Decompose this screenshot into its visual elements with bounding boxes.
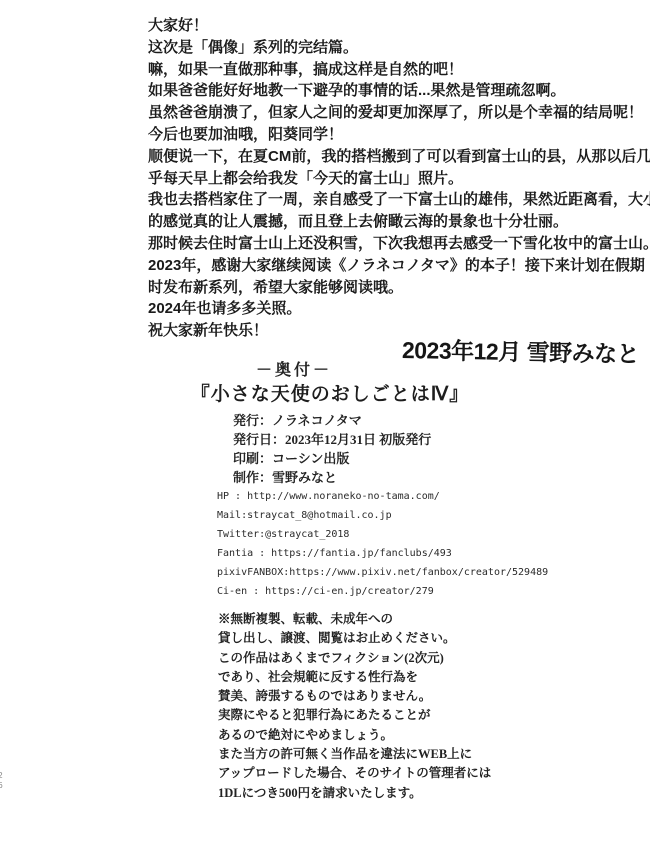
disclaimer-line: ※無断複製、転載、未成年への: [218, 610, 491, 629]
afterword-line: 那时候去住时富士山上还没积雪，下次我想再去感受一下雪化妆中的富士山。: [148, 233, 648, 255]
contact-line: HP : http://www.noraneko-no-tama.com/: [217, 487, 548, 506]
afterword-line: 我也去搭档家住了一周，亲自感受了一下富士山的雄伟，果然近距离看，大小: [148, 189, 648, 211]
author-date-signature: 2023年12月 雪野みなと: [402, 332, 640, 369]
colophon-header: －奥付－: [214, 357, 374, 380]
disclaimer-line: 賛美、誇張するものではありません。: [218, 687, 491, 706]
afterword-line: 这次是「偶像」系列的完结篇。: [148, 37, 648, 59]
afterword-text-block: 大家好！这次是「偶像」系列的完结篇。嘛，如果一直做那种事，搞成这样是自然的吧！如…: [148, 15, 648, 342]
contact-links-block: HP : http://www.noraneko-no-tama.com/Mai…: [217, 487, 548, 601]
page-number: 26: [0, 771, 5, 790]
afterword-line: 时发布新系列，希望大家能够阅读哦。: [148, 277, 648, 299]
disclaimer-block: ※無断複製、転載、未成年への貸し出し、譲渡、閲覧はお止めください。この作品はあく…: [218, 610, 491, 803]
publication-info-block: 発行：ノラネコノタマ発行日：2023年12月31日 初版発行印刷：コーシン出版制…: [233, 411, 431, 487]
publication-line: 発行：ノラネコノタマ: [233, 411, 431, 430]
afterword-line: 虽然爸爸崩溃了，但家人之间的爱却更加深厚了，所以是个幸福的结局呢！: [148, 102, 648, 124]
disclaimer-line: 実際にやると犯罪行為にあたることが: [218, 706, 491, 725]
contact-line: Fantia : https://fantia.jp/fanclubs/493: [217, 544, 548, 563]
disclaimer-line: この作品はあくまでフィクション(2次元): [218, 649, 491, 668]
afterword-line: 乎每天早上都会给我发「今天的富士山」照片。: [148, 168, 648, 190]
disclaimer-line: アップロードした場合、そのサイトの管理者には: [218, 764, 491, 783]
publication-line: 印刷：コーシン出版: [233, 449, 431, 468]
publication-line: 制作：雪野みなと: [233, 468, 431, 487]
disclaimer-line: あるので絶対にやめましょう。: [218, 726, 491, 745]
afterword-line: 大家好！: [148, 15, 648, 37]
afterword-line: 如果爸爸能好好地教一下避孕的事情的话...果然是管理疏忽啊。: [148, 80, 648, 102]
disclaimer-line: 貸し出し、譲渡、閲覧はお止めください。: [218, 629, 491, 648]
disclaimer-line: であり、社会規範に反する性行為を: [218, 668, 491, 687]
afterword-line: 的感觉真的让人震撼，而且登上去俯瞰云海的景象也十分壮丽。: [148, 211, 648, 233]
contact-line: Twitter:@straycat_2018: [217, 525, 548, 544]
afterword-line: 顺便说一下，在夏CM前，我的搭档搬到了可以看到富士山的县，从那以后几: [148, 146, 648, 168]
disclaimer-line: また当方の許可無く当作品を違法にWEB上に: [218, 745, 491, 764]
contact-line: pixivFANBOX:https://www.pixiv.net/fanbox…: [217, 563, 548, 582]
contact-line: Ci-en : https://ci-en.jp/creator/279: [217, 582, 548, 601]
book-title: 『小さな天使のおしごとはⅣ』: [120, 379, 540, 406]
afterword-line: 2023年，感谢大家继续阅读《ノラネコノタマ》的本子！接下来计划在假期: [148, 255, 648, 277]
afterword-line: 今后也要加油哦，阳葵同学！: [148, 124, 648, 146]
colophon-page: 大家好！这次是「偶像」系列的完结篇。嘛，如果一直做那种事，搞成这样是自然的吧！如…: [0, 0, 650, 850]
afterword-line: 嘛，如果一直做那种事，搞成这样是自然的吧！: [148, 59, 648, 81]
contact-line: Mail:straycat_8@hotmail.co.jp: [217, 506, 548, 525]
disclaimer-line: 1DLにつき500円を請求いたします。: [218, 784, 491, 803]
publication-line: 発行日：2023年12月31日 初版発行: [233, 430, 431, 449]
afterword-line: 2024年也请多多关照。: [148, 298, 648, 320]
